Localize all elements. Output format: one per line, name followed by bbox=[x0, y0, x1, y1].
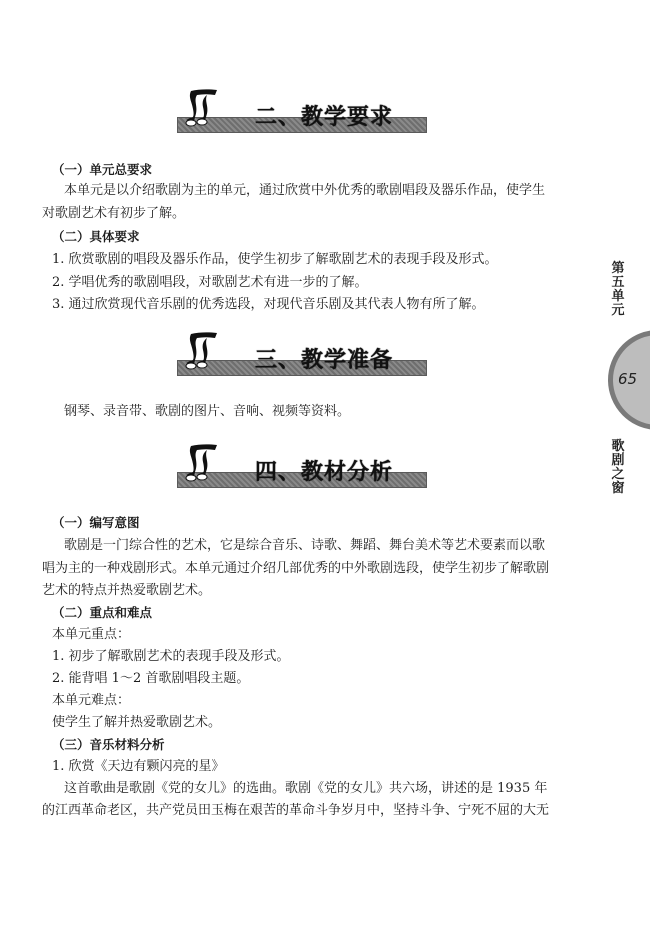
music-note-icon bbox=[185, 87, 219, 131]
side-char: 之 bbox=[611, 468, 625, 482]
paragraph-line: 本单元是以介绍歌剧为主的单元，通过欣赏中外优秀的歌剧唱段及器乐作品，使学生 bbox=[64, 182, 584, 200]
paragraph-line: 歌剧是一门综合性的艺术，它是综合音乐、诗歌、舞蹈、舞台美术等艺术要素而以歌 bbox=[64, 537, 584, 555]
list-item: 1. 欣赏歌剧的唱段及器乐作品，使学生初步了解歌剧艺术的表现手段及形式。 bbox=[52, 251, 572, 269]
list-item: 2. 能背唱 1～2 首歌剧唱段主题。 bbox=[52, 670, 572, 688]
side-unit-title: 歌 剧 之 窗 bbox=[611, 440, 625, 496]
section-banner-requirements: 二、教学要求 bbox=[177, 83, 429, 133]
list-item: 1. 初步了解歌剧艺术的表现手段及形式。 bbox=[52, 648, 572, 666]
paragraph-line: 的江西革命老区，共产党员田玉梅在艰苦的革命斗争岁月中，坚持斗争、宁死不屈的大无 bbox=[42, 802, 562, 820]
paragraph-line: 对歌剧艺术有初步了解。 bbox=[42, 205, 562, 223]
subheading-key-difficult: （二）重点和难点 bbox=[52, 604, 572, 622]
side-char: 窗 bbox=[611, 482, 625, 496]
textbook-page: 二、教学要求 （一）单元总要求 本单元是以介绍歌剧为主的单元，通过欣赏中外优秀的… bbox=[0, 0, 650, 938]
subheading-specific-requirements: （二）具体要求 bbox=[52, 228, 572, 246]
side-char: 歌 bbox=[611, 440, 625, 454]
paragraph-line: 这首歌曲是歌剧《党的女儿》的选曲。歌剧《党的女儿》共六场，讲述的是 1935 年 bbox=[64, 780, 584, 798]
paragraph-line: 唱为主的一种戏剧形式。本单元通过介绍几部优秀的中外歌剧选段，使学生初步了解歌剧 bbox=[42, 560, 562, 578]
side-char: 元 bbox=[611, 304, 625, 318]
side-char: 剧 bbox=[611, 454, 625, 468]
side-char: 单 bbox=[611, 290, 625, 304]
banner-title: 三、教学准备 bbox=[255, 348, 393, 374]
section-banner-analysis: 四、教材分析 bbox=[177, 438, 429, 488]
paragraph-line: 艺术的特点并热爱歌剧艺术。 bbox=[42, 582, 562, 600]
banner-title: 四、教材分析 bbox=[255, 460, 393, 486]
paragraph-line: 钢琴、录音带、歌剧的图片、音响、视频等资料。 bbox=[64, 403, 584, 421]
music-note-icon bbox=[185, 442, 219, 486]
banner-title: 二、教学要求 bbox=[255, 105, 393, 131]
side-unit-label: 第 五 单 元 bbox=[611, 262, 625, 318]
side-char: 第 bbox=[611, 262, 625, 276]
key-label: 本单元重点： bbox=[52, 626, 572, 644]
section-banner-preparation: 三、教学准备 bbox=[177, 326, 429, 376]
difficulty-label: 本单元难点： bbox=[52, 692, 572, 710]
subheading-music-analysis: （三）音乐材料分析 bbox=[52, 736, 572, 754]
page-number: 65 bbox=[618, 370, 637, 388]
list-item: 1. 欣赏《天边有颗闪亮的星》 bbox=[52, 758, 572, 776]
list-item: 3. 通过欣赏现代音乐剧的优秀选段，对现代音乐剧及其代表人物有所了解。 bbox=[52, 296, 572, 314]
subheading-unit-requirements: （一）单元总要求 bbox=[52, 161, 572, 179]
subheading-writing-intent: （一）编写意图 bbox=[52, 514, 572, 532]
paragraph-line: 使学生了解并热爱歌剧艺术。 bbox=[52, 714, 572, 732]
music-note-icon bbox=[185, 330, 219, 374]
side-char: 五 bbox=[611, 276, 625, 290]
list-item: 2. 学唱优秀的歌剧唱段，对歌剧艺术有进一步的了解。 bbox=[52, 274, 572, 292]
